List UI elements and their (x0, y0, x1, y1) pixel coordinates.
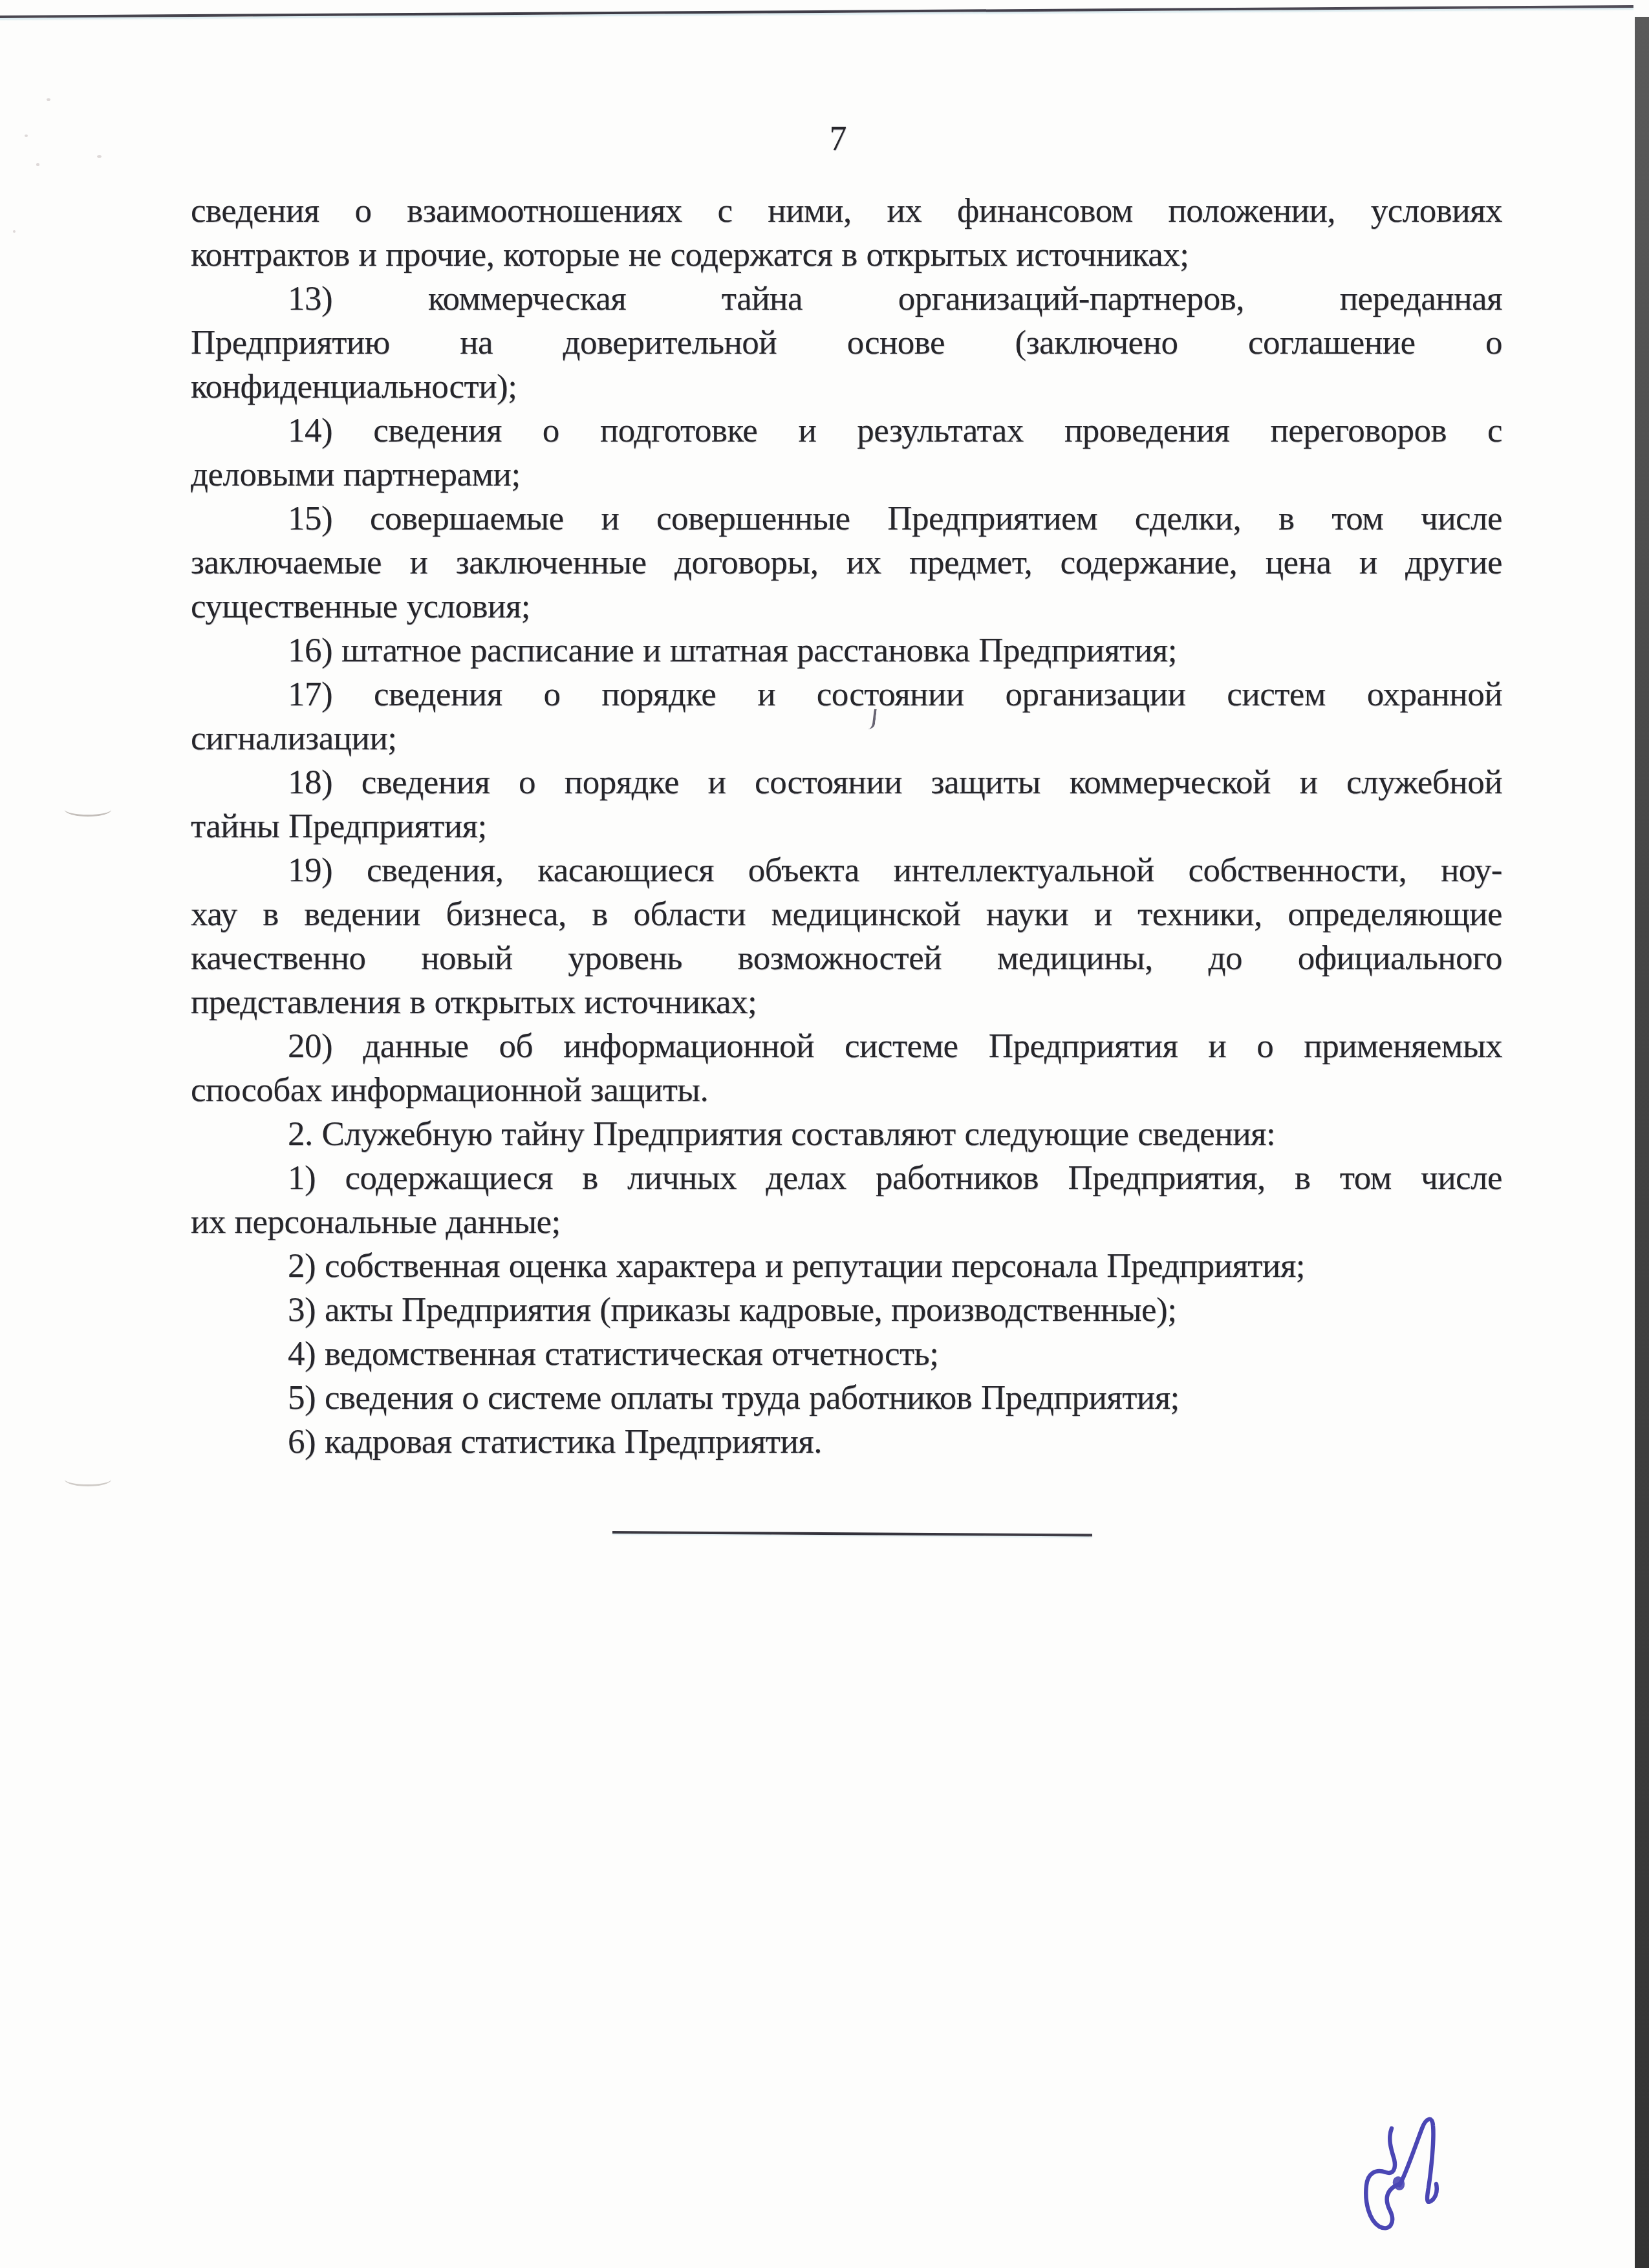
paper-speck (36, 163, 39, 166)
text-line: конфиденциальности); (191, 365, 1502, 409)
text-line: 15) совершаемые и совершенные Предприяти… (191, 497, 1502, 540)
text-line: 19) сведения, касающиеся объекта интелле… (191, 848, 1502, 892)
text-line: тайны Предприятия; (191, 804, 1502, 848)
signature-stroke-right (1399, 2119, 1437, 2202)
text-line: 2) собственная оценка характера и репута… (191, 1244, 1502, 1288)
scan-edge-right (1635, 17, 1649, 2268)
text-line: 20) данные об информационной системе Пре… (191, 1024, 1502, 1068)
text-line: 17) сведения о порядке и состоянии орган… (191, 672, 1502, 716)
text-line: заключаемые и заключенные договоры, их п… (191, 540, 1502, 584)
paper-speck (47, 98, 50, 101)
text-line: деловыми партнерами; (191, 453, 1502, 497)
text-line: 18) сведения о порядке и состоянии защит… (191, 760, 1502, 804)
text-line: 6) кадровая статистика Предприятия. (191, 1420, 1502, 1464)
signature (1348, 2106, 1452, 2236)
text-line: существенные условия; (191, 584, 1502, 628)
page-number: 7 (806, 121, 870, 156)
text-line: сведения о взаимоотношениях с ними, их ф… (191, 189, 1502, 233)
scanned-document-page: 7 сведения о взаимоотношениях с ними, их… (0, 0, 1649, 2268)
text-line: 16) штатное расписание и штатная расстан… (191, 628, 1502, 672)
text-line: способах информационной защиты. (191, 1068, 1502, 1112)
text-line: качественно новый уровень возможностей м… (191, 936, 1502, 980)
separator-line (612, 1531, 1092, 1537)
paper-speck (25, 134, 28, 137)
text-line: 1) содержащиеся в личных делах работнико… (191, 1156, 1502, 1200)
text-line: сигнализации; (191, 716, 1502, 760)
text-line: 14) сведения о подготовке и результатах … (191, 409, 1502, 453)
text-line: 4) ведомственная статистическая отчетнос… (191, 1332, 1502, 1376)
text-line: 5) сведения о системе оплаты труда работ… (191, 1376, 1502, 1420)
text-line: 2. Служебную тайну Предприятия составляю… (191, 1112, 1502, 1156)
paper-speck (13, 230, 16, 233)
text-line: их персональные данные; (191, 1200, 1502, 1244)
text-line: представления в открытых источниках; (191, 980, 1502, 1024)
text-line: хау в ведении бизнеса, в области медицин… (191, 892, 1502, 936)
smudge-mark (65, 1473, 111, 1486)
text-line: 3) акты Предприятия (приказы кадровые, п… (191, 1288, 1502, 1332)
document-body: сведения о взаимоотношениях с ними, их ф… (191, 189, 1502, 1464)
scan-edge-top (0, 5, 1633, 18)
paper-speck (97, 155, 102, 158)
text-line: контрактов и прочие, которые не содержат… (191, 233, 1502, 277)
text-line: 13) коммерческая тайна организаций-партн… (191, 277, 1502, 321)
smudge-mark (65, 803, 111, 817)
text-line: Предприятию на доверительной основе (зак… (191, 321, 1502, 365)
